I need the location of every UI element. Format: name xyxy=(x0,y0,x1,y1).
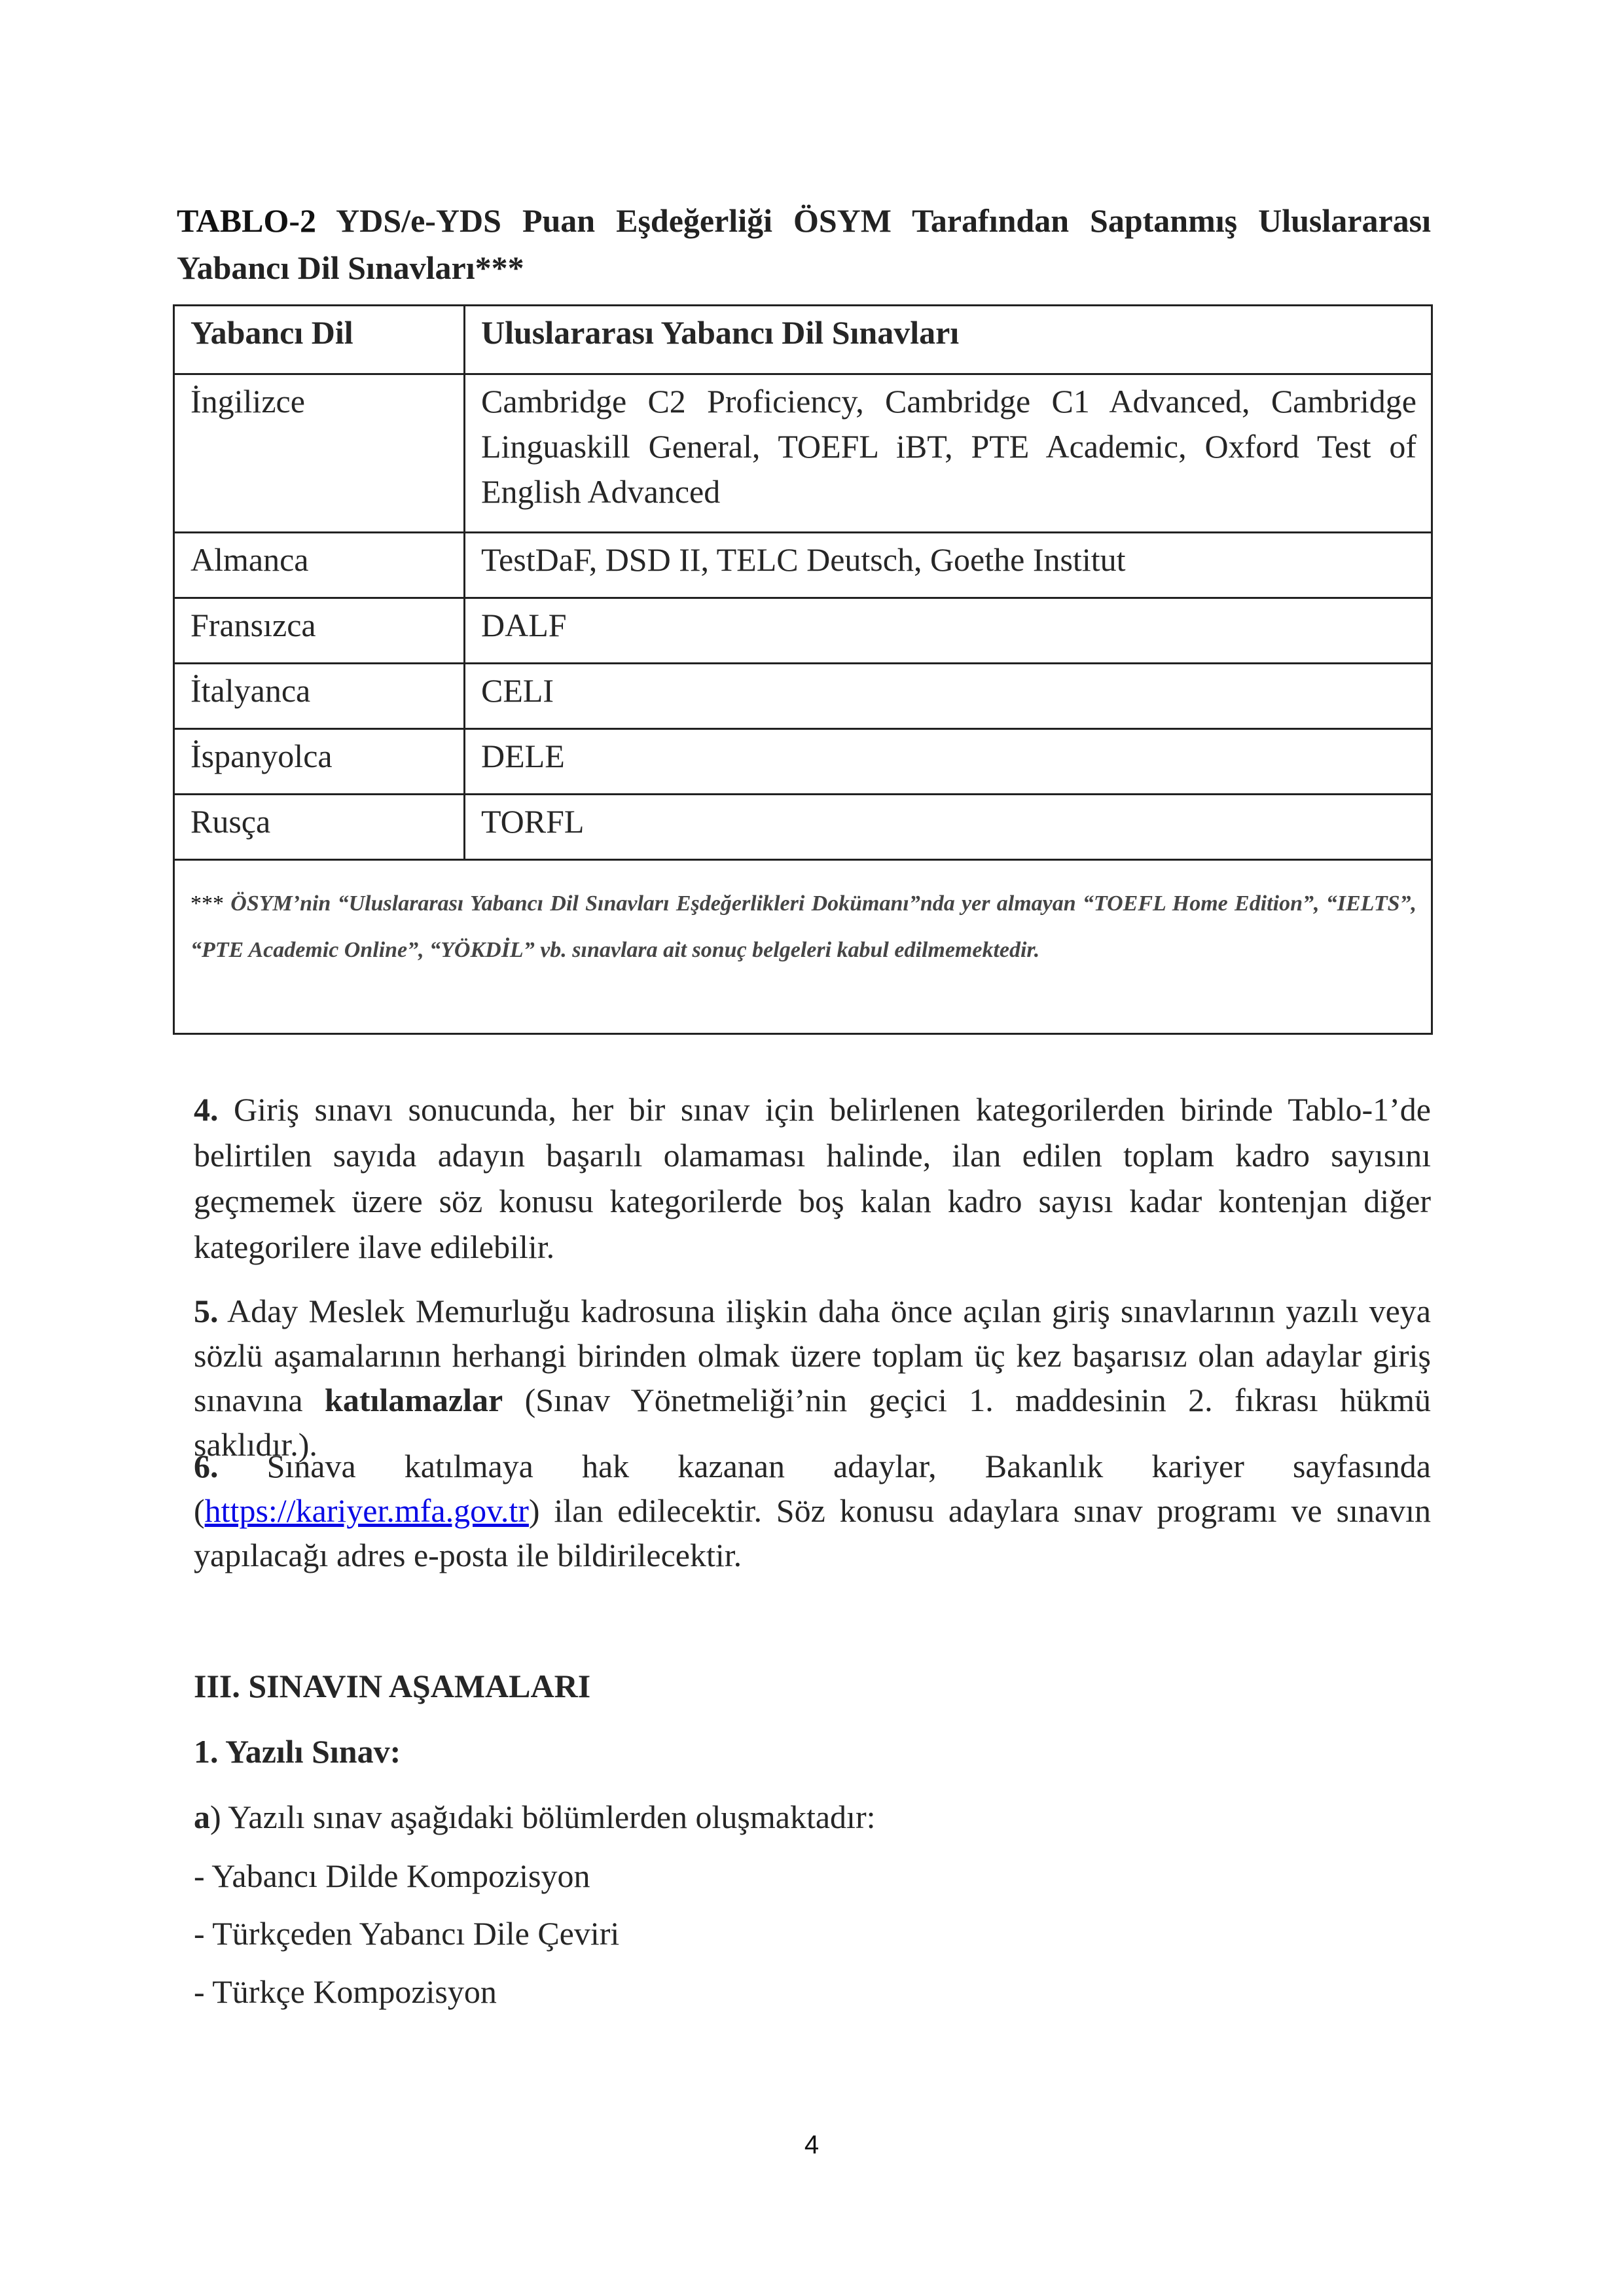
table-row: İtalyanca CELI xyxy=(174,664,1432,729)
cell-exams: TORFL xyxy=(465,795,1432,860)
paragraph-6: 6. Sınava katılmaya hak kazanan adaylar,… xyxy=(194,1444,1431,1577)
header-language: Yabancı Dil xyxy=(174,306,465,374)
table-row: Rusça TORFL xyxy=(174,795,1432,860)
cell-language: Rusça xyxy=(174,795,465,860)
cell-language: İngilizce xyxy=(174,374,465,533)
table-row: İngilizce Cambridge C2 Proficiency, Camb… xyxy=(174,374,1432,533)
page-number: 4 xyxy=(779,2128,844,2161)
cell-language: İspanyolca xyxy=(174,729,465,795)
cell-language: İtalyanca xyxy=(174,664,465,729)
exam-equivalence-table: Yabancı Dil Uluslararası Yabancı Dil Sın… xyxy=(173,304,1433,1035)
cell-exams: TestDaF, DSD II, TELC Deutsch, Goethe In… xyxy=(465,533,1432,598)
table-title-text: YDS/e-YDS Puan Eşdeğerliği ÖSYM Tarafınd… xyxy=(177,202,1431,286)
table-title-label: TABLO-2 xyxy=(177,202,316,239)
intro-line: a) Yazılı sınav aşağıdaki bölümlerden ol… xyxy=(194,1795,875,1840)
cell-exams: Cambridge C2 Proficiency, Cambridge C1 A… xyxy=(465,374,1432,533)
cell-language: Almanca xyxy=(174,533,465,598)
header-exams: Uluslararası Yabancı Dil Sınavları xyxy=(465,306,1432,374)
cell-exams: DALF xyxy=(465,598,1432,664)
career-site-link[interactable]: https://kariyer.mfa.gov.tr xyxy=(205,1492,529,1529)
table-footnote: *** ÖSYM’nin “Uluslararası Yabancı Dil S… xyxy=(174,860,1432,1034)
intro-label: a xyxy=(194,1799,210,1835)
subsection-heading: 1. Yazılı Sınav: xyxy=(194,1729,401,1774)
cell-language: Fransızca xyxy=(174,598,465,664)
paragraph-text: Giriş sınavı sonucunda, her bir sınav iç… xyxy=(194,1091,1431,1265)
list-item: - Yabancı Dilde Kompozisyon xyxy=(194,1854,590,1899)
paragraph-5: 5. Aday Meslek Memurluğu kadrosuna ilişk… xyxy=(194,1289,1431,1467)
footnote-text: ÖSYM’nin “Uluslararası Yabancı Dil Sınav… xyxy=(190,891,1416,962)
paragraph-number: 4. xyxy=(194,1091,219,1128)
table-footnote-row: *** ÖSYM’nin “Uluslararası Yabancı Dil S… xyxy=(174,860,1432,1034)
list-item: - Türkçe Kompozisyon xyxy=(194,1969,497,2015)
list-item: - Türkçeden Yabancı Dile Çeviri xyxy=(194,1911,619,1956)
emphasis-text: katılamazlar xyxy=(325,1382,503,1418)
paragraph-number: 6. xyxy=(194,1448,219,1484)
cell-exams: CELI xyxy=(465,664,1432,729)
table-header-row: Yabancı Dil Uluslararası Yabancı Dil Sın… xyxy=(174,306,1432,374)
intro-text: ) Yazılı sınav aşağıdaki bölümlerden olu… xyxy=(210,1799,875,1835)
section-heading: III. SINAVIN AŞAMALARI xyxy=(194,1664,590,1709)
table-title: TABLO-2 YDS/e-YDS Puan Eşdeğerliği ÖSYM … xyxy=(177,197,1431,291)
cell-exams: DELE xyxy=(465,729,1432,795)
table-row: İspanyolca DELE xyxy=(174,729,1432,795)
paragraph-4: 4. Giriş sınavı sonucunda, her bir sınav… xyxy=(194,1086,1431,1270)
footnote-marker: *** xyxy=(190,891,224,916)
paragraph-number: 5. xyxy=(194,1293,219,1329)
table-row: Fransızca DALF xyxy=(174,598,1432,664)
table-row: Almanca TestDaF, DSD II, TELC Deutsch, G… xyxy=(174,533,1432,598)
